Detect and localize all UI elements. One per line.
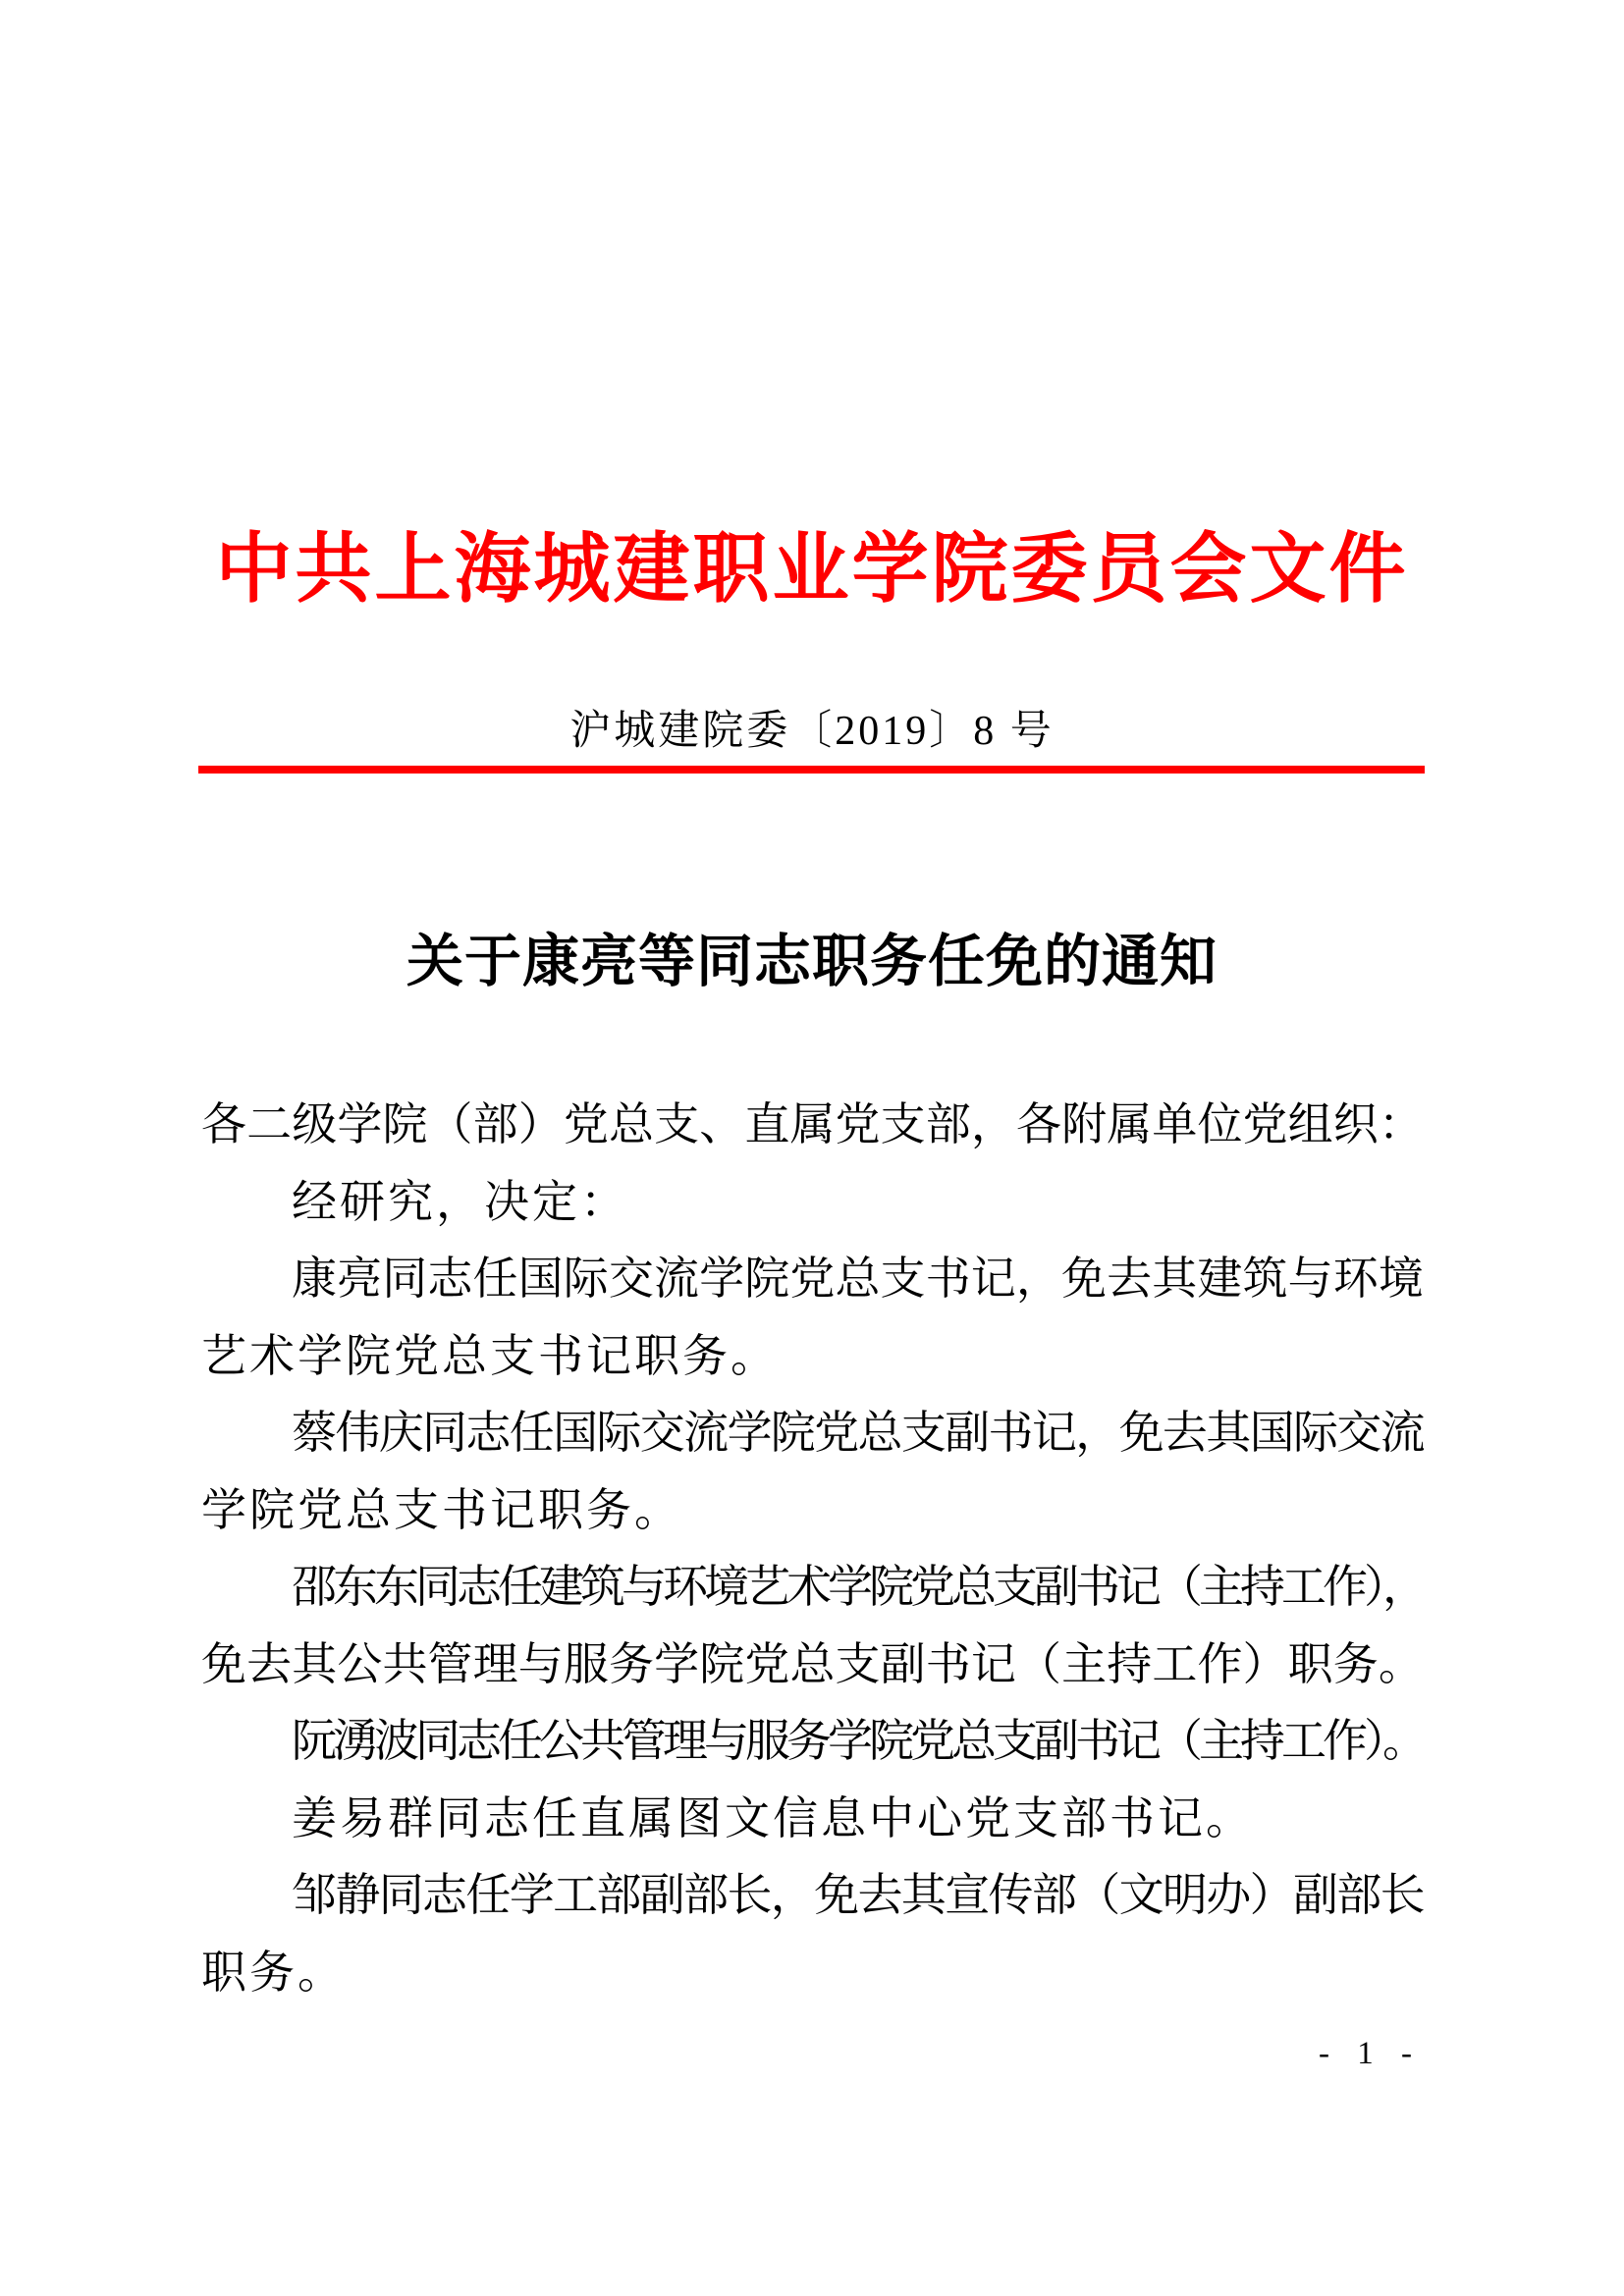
body-line: 各二级学院（部）党总支、直属党支部，各附属单位党组织： (201, 1087, 1424, 1164)
body-line: 艺术学院党总支书记职务。 (201, 1318, 1424, 1396)
body-line: 邹静同志任学工部副部长，免去其宣传部（文明办）副部长 (201, 1857, 1424, 1935)
document-body: 各二级学院（部）党总支、直属党支部，各附属单位党组织：经研究，决定：康亮同志任国… (201, 1087, 1424, 2011)
body-line: 免去其公共管理与服务学院党总支副书记（主持工作）职务。 (201, 1627, 1424, 1704)
doc-number: 沪城建院委〔2019〕8 号 (0, 702, 1624, 761)
body-line: 学院党总支书记职务。 (201, 1472, 1424, 1550)
body-line: 职务。 (201, 1935, 1424, 2012)
body-line: 邵东东同志任建筑与环境艺术学院党总支副书记（主持工作）， (201, 1549, 1424, 1627)
page-number: - 1 - (1319, 2032, 1422, 2075)
body-line: 姜易群同志任直属图文信息中心党支部书记。 (201, 1781, 1424, 1858)
body-line: 阮湧波同志任公共管理与服务学院党总支副书记（主持工作）。 (201, 1703, 1424, 1781)
document-title: 关于康亮等同志职务任免的通知 (0, 913, 1624, 1011)
body-line: 经研究，决定： (201, 1164, 1424, 1242)
body-line: 康亮同志任国际交流学院党总支书记，免去其建筑与环境 (201, 1241, 1424, 1318)
document-page: 中共上海城建职业学院委员会文件 沪城建院委〔2019〕8 号 关于康亮等同志职务… (0, 0, 1624, 2296)
red-separator-rule (198, 766, 1425, 774)
org-header-title: 中共上海城建职业学院委员会文件 (0, 510, 1624, 628)
body-line: 蔡伟庆同志任国际交流学院党总支副书记，免去其国际交流 (201, 1395, 1424, 1472)
